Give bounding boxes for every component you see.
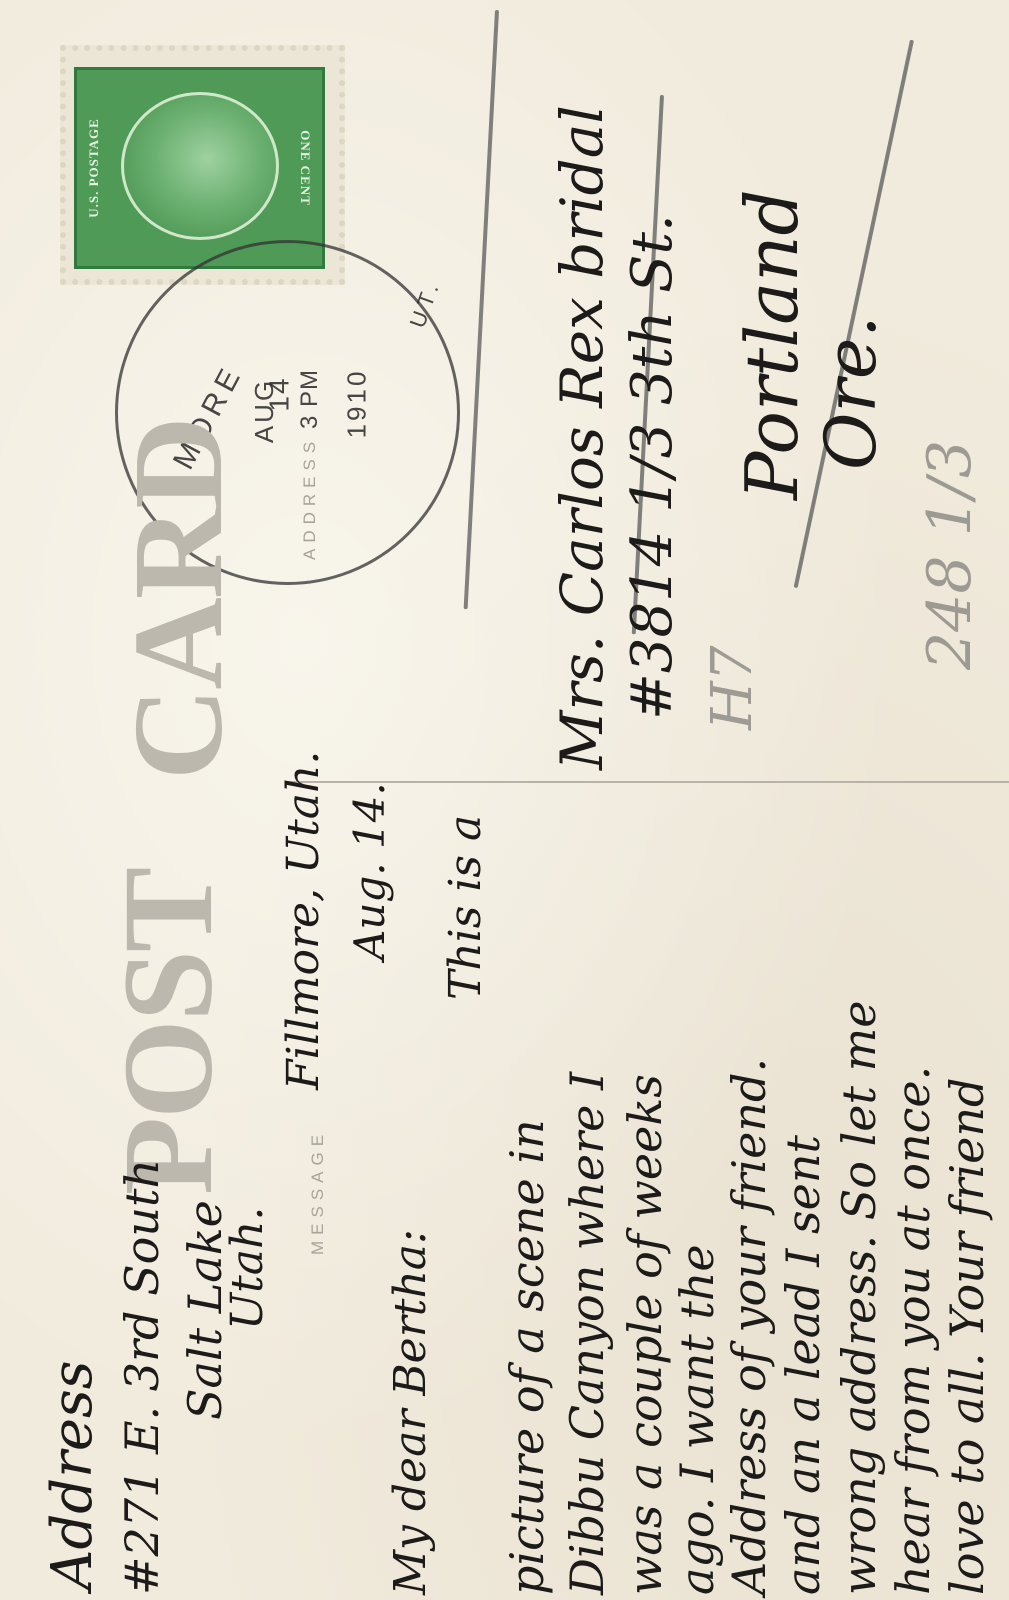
return-address-label: Address	[40, 1360, 105, 1590]
message-line: picture of a scene in	[500, 1119, 554, 1595]
stamp-right-text: ONE CENT	[297, 130, 313, 206]
recipient-state: Ore.	[810, 315, 892, 470]
postmark-trailing: UT.	[405, 275, 447, 332]
return-address-street: #271 E. 3rd South	[115, 1159, 169, 1595]
address-label: ADDRESS	[300, 436, 320, 560]
message-line: This is a	[440, 815, 491, 1000]
pencil-note: H7	[700, 646, 765, 730]
message-line: hear from you at once.	[886, 1066, 940, 1595]
postmark-year: 1910	[341, 369, 372, 439]
postcard-title-post: POST	[95, 869, 242, 1195]
pencil-note: 248 1/3	[915, 440, 985, 670]
return-address-state: Utah.	[222, 1207, 273, 1330]
message-salutation: My dear Bertha:	[385, 1229, 436, 1595]
message-line: love to all. Your friend	[940, 1078, 994, 1595]
message-line: ago. I want the	[670, 1244, 724, 1595]
franklin-portrait-icon	[121, 92, 279, 240]
message-line: was a couple of weeks	[618, 1074, 672, 1595]
message-place: Fillmore, Utah.	[278, 751, 329, 1090]
postmark-time: 3 PM	[296, 369, 324, 429]
message-date: Aug. 14.	[345, 782, 394, 960]
stamp-face: U.S. POSTAGE ONE CENT	[74, 67, 325, 269]
stamp-left-text: U.S. POSTAGE	[86, 118, 102, 218]
message-line: wrong address. So let me	[832, 1001, 886, 1595]
message-line: Dibbu Canyon where I	[560, 1072, 614, 1595]
message-line: Address of your friend.	[722, 1058, 776, 1595]
message-label: MESSAGE	[308, 1129, 328, 1255]
postcard-title-card: CARD	[105, 418, 252, 780]
recipient-name: Mrs. Carlos Rex bridal	[548, 105, 616, 770]
postcard-back: U.S. POSTAGE ONE CENT LMORE AUG 14 3 PM …	[0, 0, 1009, 1600]
recipient-city: Portland	[730, 189, 814, 500]
recipient-street: #3814 1/3 3th St.	[620, 214, 685, 720]
pencil-strike-line	[464, 10, 499, 609]
message-line: and an a lead I sent	[776, 1135, 830, 1595]
postmark-day: 14	[264, 376, 296, 411]
